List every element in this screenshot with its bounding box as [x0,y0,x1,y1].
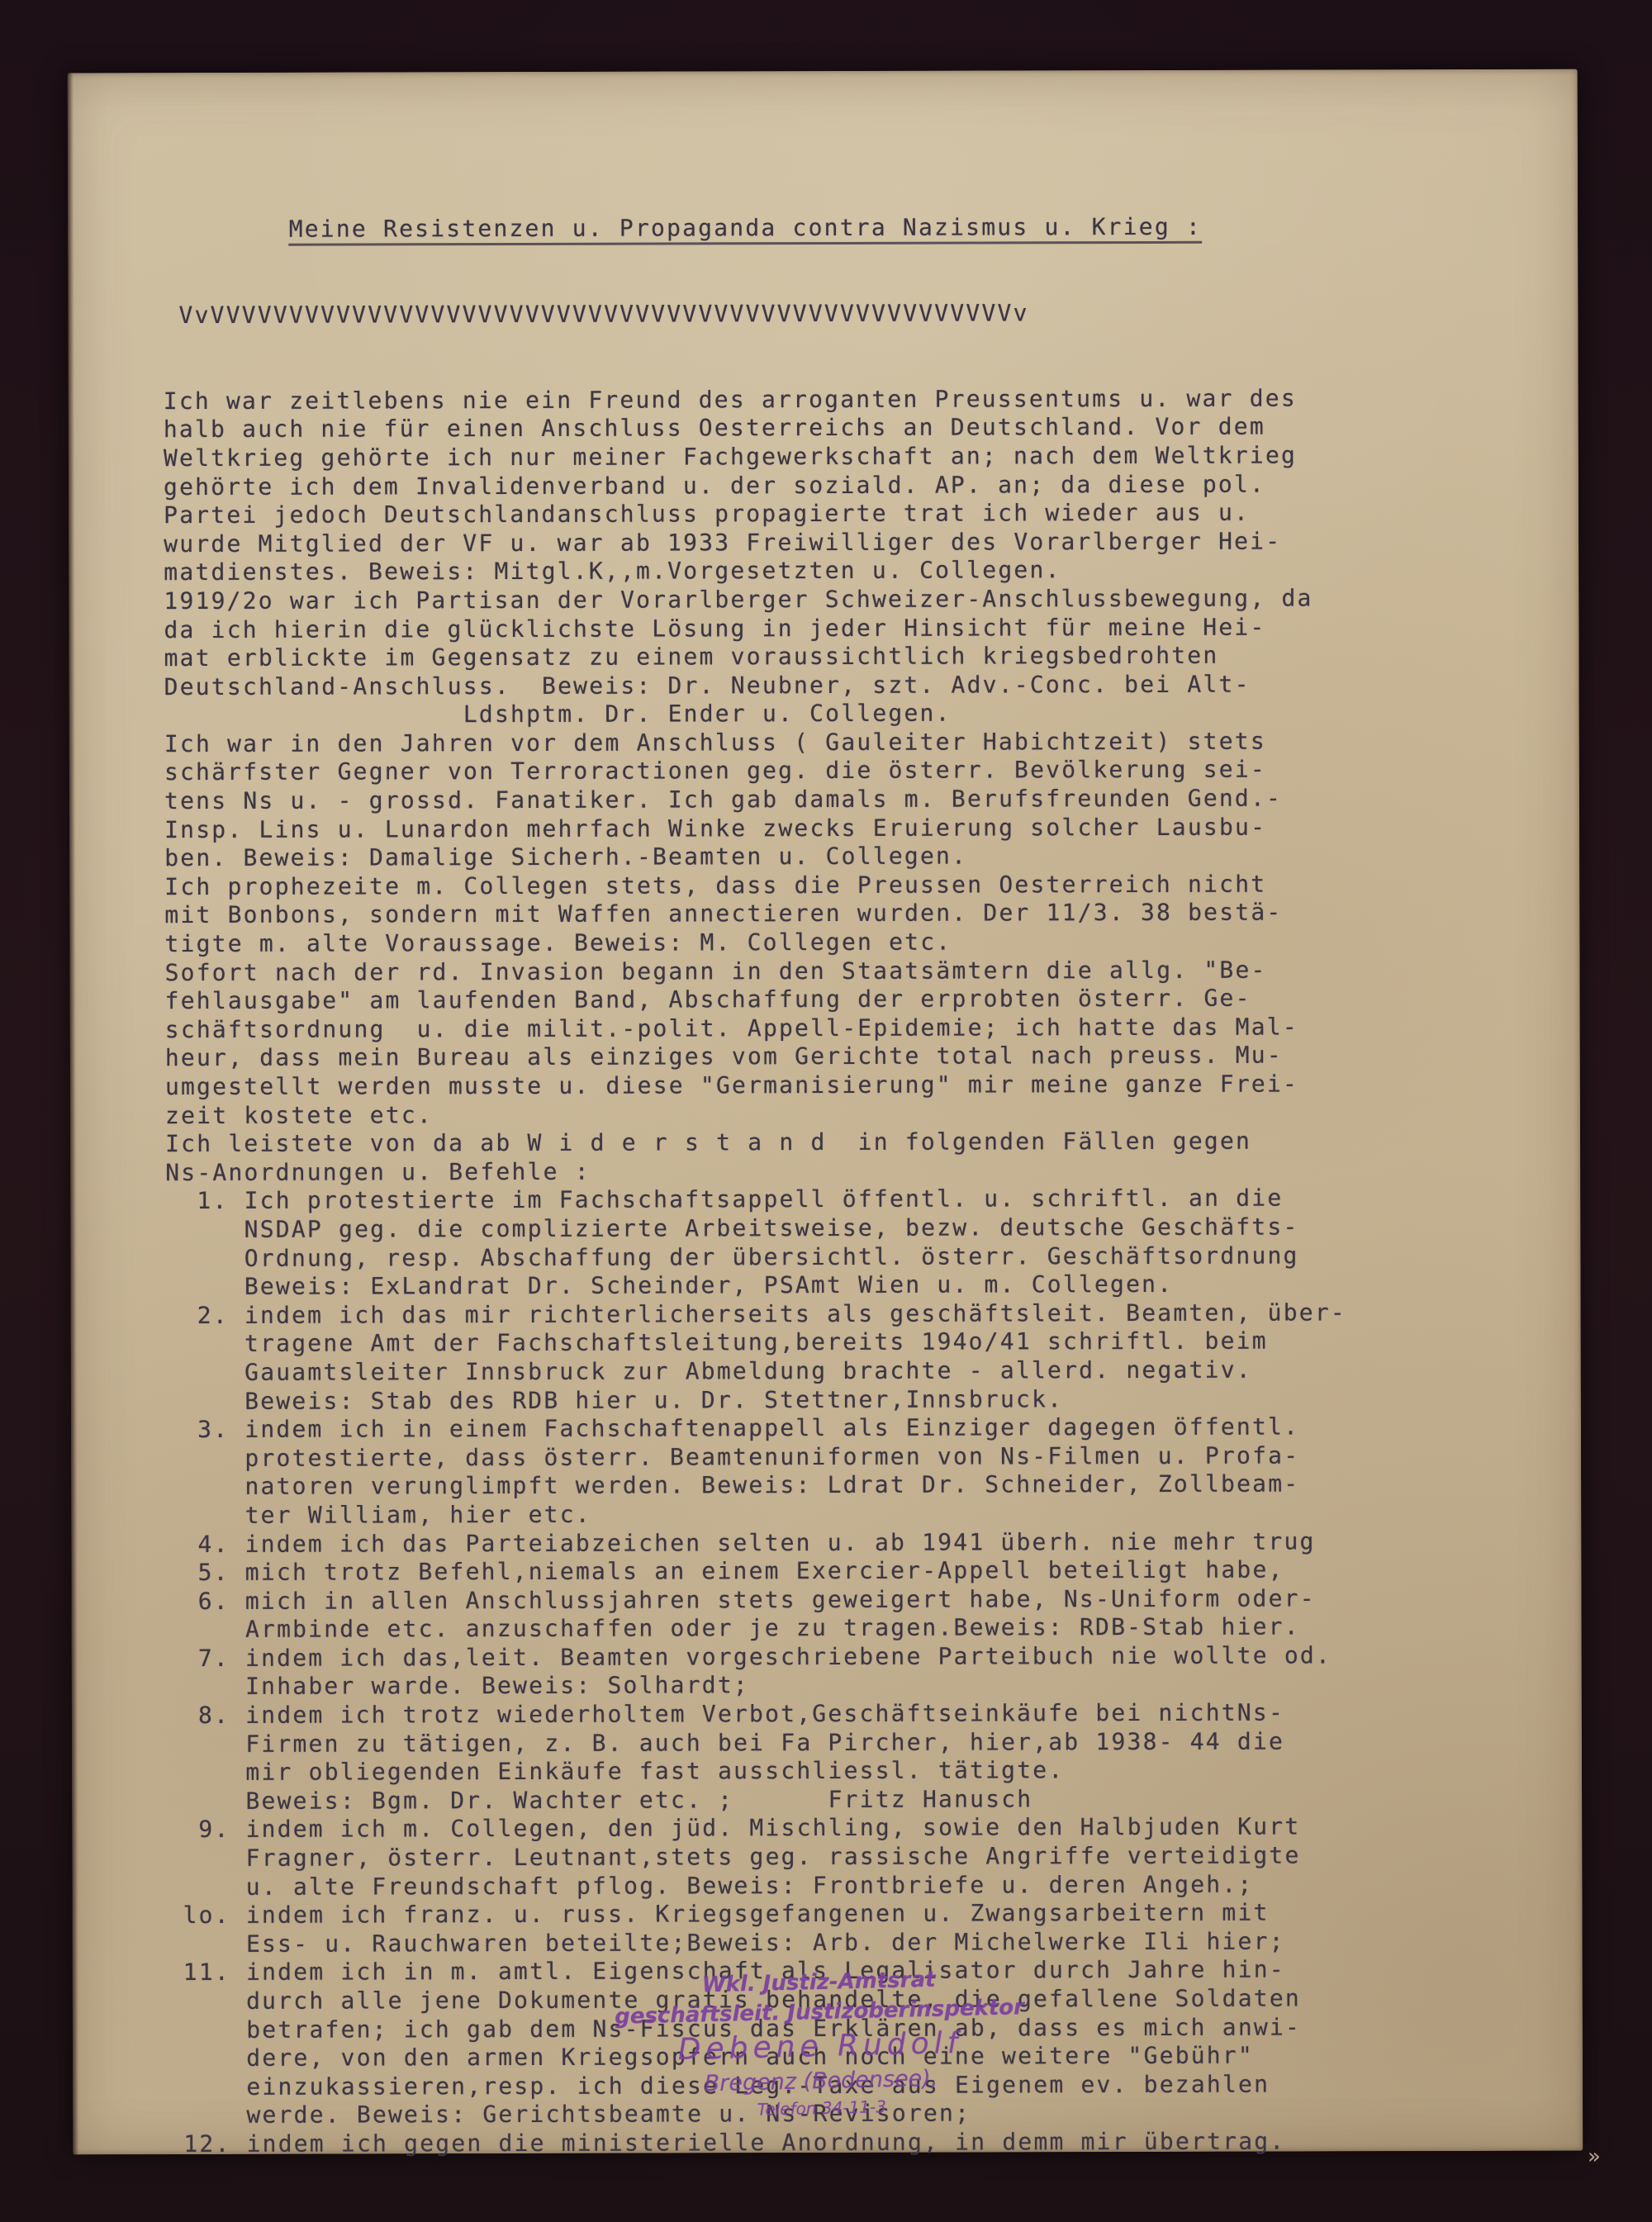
text-line: 12. indem ich gegen die ministerielle An… [168,2127,1348,2158]
text-line: Ldshptm. Dr. Ender u. Collegen. [164,699,1345,730]
text-line: Ich prophezeite m. Collegen stets, dass … [164,870,1345,901]
text-line: 5. mich trotz Befehl,niemals an einem Ex… [166,1555,1346,1587]
text-line: Ich war zeitlebens nie ein Freund des ar… [164,384,1344,415]
text-line: ter William, hier etc. [166,1498,1346,1530]
text-line: natoren verunglimpft werden. Beweis: Ldr… [166,1470,1346,1502]
text-line: zeit kostete etc. [165,1099,1346,1130]
text-line: Ns-Anordnungen u. Befehle : [165,1156,1346,1187]
text-line: matdienstes. Beweis: Mitgl.K,,m.Vorgeset… [164,556,1344,587]
corner-mark: » [1588,2144,1601,2169]
text-line: Partei jedoch Deutschlandanschluss propa… [164,498,1344,529]
text-line: Sofort nach der rd. Invasion begann in d… [165,956,1346,987]
text-line: umgestellt werden musste u. diese "Germa… [165,1070,1346,1101]
text-line: Ich leistete von da ab W i d e r s t a n… [165,1128,1346,1159]
text-line: Insp. Lins u. Lunardon mehrfach Winke zw… [164,813,1345,844]
text-line: Beweis: ExLandrat Dr. Scheinder, PSAmt W… [166,1270,1346,1302]
text-line: 1919/2o war ich Partisan der Vorarlberge… [164,584,1344,615]
text-line: mit Bonbons, sondern mit Waffen annectie… [164,899,1345,930]
text-line: Ich war in den Jahren vor dem Anschluss … [164,727,1345,758]
text-line: 2. indem ich das mir richterlicherseits … [166,1299,1346,1330]
text-line: Gauamtsleiter Innsbruck zur Abmeldung br… [166,1356,1346,1387]
document-title: Meine Resistenzen u. Propaganda contra N… [289,213,1202,246]
text-line: Weltkrieg gehörte ich nur meiner Fachgew… [164,441,1344,472]
document-body: Ich war zeitlebens nie ein Freund des ar… [164,384,1349,2159]
text-line: fehlausgabe" am laufenden Band, Abschaff… [165,985,1346,1016]
paper-edge-shadow [68,73,79,2154]
text-line: Ess- u. Rauchwaren beteilte;Beweis: Arb.… [168,1927,1348,1958]
text-line: 3. indem ich in einem Fachschaftenappell… [166,1412,1346,1444]
text-line: Inhaber warde. Beweis: Solhardt; [167,1670,1347,1702]
document-page: Meine Resistenzen u. Propaganda contra N… [68,69,1583,2155]
text-line: protestierte, dass österr. Beamtenunifor… [166,1441,1346,1473]
title-underline-row: VvVVVVVVVVVVVVVVVVVVVVVVVVVVVVVVVVVVVVVV… [163,298,1343,330]
text-line: Ordnung, resp. Abschaffung der übersicht… [165,1242,1346,1273]
typewritten-document: Meine Resistenzen u. Propaganda contra N… [163,155,1349,2215]
document-title-line: Meine Resistenzen u. Propaganda contra N… [163,213,1343,245]
text-line: lo. indem ich franz. u. russ. Kriegsgefa… [168,1899,1348,1930]
text-line: mir obliegenden Einkäufe fast ausschlies… [167,1756,1347,1788]
text-line: tragene Amt der Fachschaftsleitung,berei… [166,1327,1346,1359]
text-line: Firmen zu tätigen, z. B. auch bei Fa Pir… [167,1727,1347,1759]
text-line: NSDAP geg. die complizierte Arbeitsweise… [165,1213,1346,1244]
text-line: gehörte ich dem Invalidenverband u. der … [164,470,1344,501]
text-line: schärfster Gegner von Terroractionen geg… [164,756,1345,787]
text-line: Beweis: Bgm. Dr. Wachter etc. ; Fritz Ha… [167,1784,1347,1816]
title-indent [163,216,289,243]
text-line: tigte m. alte Voraussage. Beweis: M. Col… [164,927,1345,958]
text-line: 7. indem ich das,leit. Beamten vorgeschr… [167,1641,1347,1673]
text-line: ben. Beweis: Damalige Sicherh.-Beamten u… [164,842,1345,873]
text-line: Beweis: Stab des RDB hier u. Dr. Stettne… [166,1384,1346,1416]
text-line: mat erblickte im Gegensatz zu einem vora… [164,641,1345,672]
text-line: wurde Mitglied der VF u. war ab 1933 Fre… [164,527,1344,558]
text-line: 8. indem ich trotz wiederholtem Verbot,G… [167,1698,1347,1730]
text-line: Fragner, österr. Leutnant,stets geg. ras… [167,1841,1347,1873]
text-line: heur, dass mein Bureau als einziges vom … [165,1042,1346,1073]
text-line: Armbinde etc. anzuschaffen oder je zu tr… [167,1613,1347,1645]
text-line: tens Ns u. - grossd. Fanatiker. Ich gab … [164,784,1345,815]
text-line: 1. Ich protestierte im Fachschaftsappell… [165,1185,1346,1216]
text-line: da ich hierin die glücklichste Lösung in… [164,613,1344,644]
text-line: 9. indem ich m. Collegen, den jüd. Misch… [167,1813,1347,1845]
text-line: schäftsordnung u. die milit.-polit. Appe… [165,1013,1346,1044]
text-line: u. alte Freundschaft pflog. Beweis: Fron… [167,1870,1347,1902]
text-line: halb auch nie für einen Anschluss Oester… [164,413,1344,444]
text-line: 4. indem ich das Parteiabzeichen selten … [166,1527,1346,1559]
text-line: 6. mich in allen Anschlussjahren stets g… [167,1584,1347,1616]
text-line: Deutschland-Anschluss. Beweis: Dr. Neubn… [164,670,1345,701]
office-stamp: Wkl. Justiz-Amtsrat geschäftsleit. Justi… [488,1960,1152,2128]
background: Meine Resistenzen u. Propaganda contra N… [0,0,1652,2222]
